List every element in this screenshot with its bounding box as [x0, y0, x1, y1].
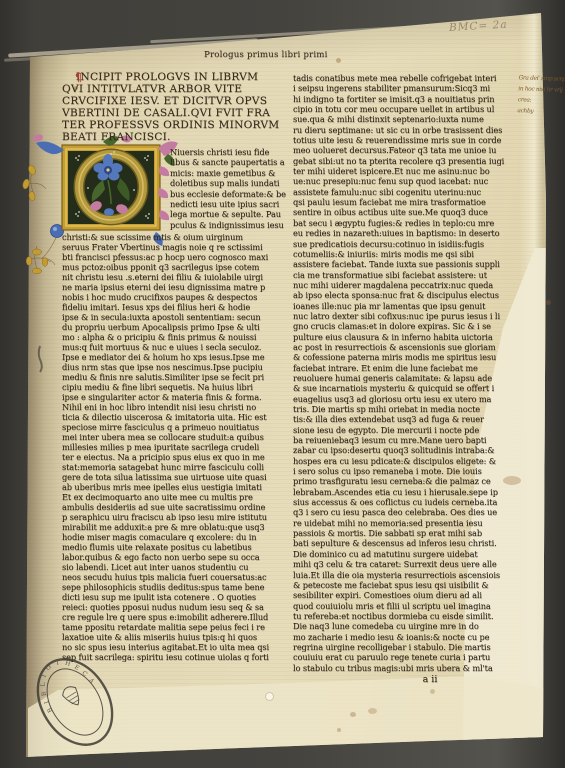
text-line: ab ipso electa sponsa:nuc frat & discipu…	[293, 290, 522, 300]
margin-sprig	[39, 346, 42, 372]
text-line: sio labendi. Licet aut inter uanos stude…	[62, 562, 291, 572]
text-line: ter mihi uideret ispicere.Et nuc me asin…	[293, 166, 522, 176]
text-line: seruus Frater Vbertinus magis noie q re …	[62, 242, 291, 252]
text-line: tadis conatibus mete mea rebelle cofrige…	[293, 73, 522, 83]
text-line: ter e eiectus. Na a pricipio spus eius e…	[62, 452, 291, 462]
text-line: millesies milies p mea ipuritate sacrile…	[62, 442, 291, 452]
foxing-spot	[337, 728, 341, 732]
text-column-left-indented: Niuersis christi iesu fidelibus & sancte…	[170, 147, 291, 230]
text-line: tis:& illa dies extendebat usq3 ad fuga …	[293, 414, 522, 424]
text-line: ambulis desideriis ad sue uite sacratiss…	[62, 502, 291, 512]
text-line: lo stabulo cu tribus magis:ubi mris uber…	[293, 663, 522, 673]
margin-flourish	[27, 166, 57, 270]
text-line: i seipsu ingerens stabiliter pmansurum:S…	[293, 83, 522, 93]
text-line: zabar cu ipso:desertu quoq3 solitudinis …	[293, 445, 522, 455]
text-line: sue.qua & mihi distinxit septenario:iuxt…	[293, 114, 522, 124]
text-line: reuoluere humai generis calamitate: & la…	[293, 373, 522, 383]
text-line: luia.Et illa die oia mysteria resurrecti…	[293, 570, 522, 580]
text-line: tris. Die martis sp mihi oriebat in medi…	[293, 404, 522, 414]
text-line: faciebat intrare. Et enim die lune facie…	[293, 363, 522, 373]
text-line: christi:& sue scissime mtis & oium uirgi…	[62, 232, 291, 242]
text-line: nedicti iesu uite ipius sacri	[170, 199, 291, 209]
text-line: quod couiuiolu mris et filii ul scriptu …	[293, 601, 522, 611]
text-line: regrina uirgine recolligebar i stabulo. …	[293, 642, 522, 652]
foxing-spot	[265, 692, 274, 701]
heading-line: QVI INTITVLATVR ARBOR VITE	[62, 83, 292, 95]
text-line: dicti iesu sup me ipulit ista cotenere .…	[62, 592, 291, 602]
text-line: Ipse e mediator dei & hoium ho xps iesus…	[62, 352, 291, 362]
text-line: nit christu iesu .s.eterni dei filiu & i…	[62, 272, 291, 282]
text-line: Die naq3 lune comedeba cu uirgine mre in…	[293, 621, 522, 631]
text-line: stat:memoria satagebat hunc mirre fascic…	[62, 462, 291, 472]
text-line: dius nrm stas que ipse nos nescimus.Ipse…	[62, 362, 291, 372]
text-line: medio flumis uite relaxate positus cu la…	[62, 542, 291, 552]
text-line: mus:q fuit mortuus & nuc e uiues i secla…	[62, 342, 291, 352]
text-line: tu refereba:et noctibus dormieba cu eisd…	[293, 611, 522, 621]
heading-line: VBERTINI DE CASALI.QVI FVIT FRA	[62, 107, 292, 119]
text-line: nuc latro dexter sibi cofixus:nuc ipe pu…	[293, 311, 522, 321]
text-line: mus pctoz:oibus pponit q3 sacrilegus ips…	[62, 262, 291, 272]
text-line: Et ex decimoquarto ano uite mee cu multi…	[62, 492, 291, 502]
text-line: cipio in totu cor meu occupare uellet in…	[293, 104, 522, 114]
heading-line: BEATI FRANCISCI.	[62, 131, 292, 143]
text-line: fideliu imitari. Iesus xps dei filius he…	[62, 302, 291, 312]
text-line: ac post in resurrectiois & ascensionis s…	[293, 342, 522, 352]
text-line: assistere faciebat. Tande iuxta sue pass…	[293, 259, 522, 269]
foxing-spot	[350, 712, 356, 717]
bead-highlight	[53, 227, 57, 231]
text-line: ipse & in secula:iuxta apostoli sententi…	[62, 312, 291, 322]
text-line: & sue incarnatiois mysteriu & quicquid s…	[293, 383, 522, 393]
text-line: sepe philosophicis studiis deditus:spus …	[62, 582, 291, 592]
text-line: labor.quibus & ego facto non uerbo sepe …	[62, 552, 291, 562]
text-line: mediu & finis nre salutis.Similiter ipse…	[62, 372, 291, 382]
foxing-spot	[368, 708, 377, 714]
margin-note: Gra dei' smp scrp=in hoc nisi hr vrijcre…	[517, 73, 565, 119]
text-column-left: christi:& sue scissime mtis & oium uirgi…	[62, 232, 291, 662]
text-line: cre regule lre q uere spus e:imobilit ad…	[62, 612, 291, 622]
text-line: sentire in oibus actibus uite sue.Me quo…	[293, 207, 522, 217]
text-column-right: tadis conatibus mete mea rebelle cofrige…	[293, 73, 522, 673]
text-line: mo zacharie i medio iesu & ioanis:& noct…	[293, 632, 522, 642]
text-line: & cofessione paterna miris modis me spir…	[293, 352, 522, 362]
text-line: euagelius usq3 ad gloriosu ortu iesu ex …	[293, 394, 522, 404]
text-line: Die dominico cu ad matutinu surgere uide…	[293, 549, 522, 559]
photo-background: Prologus primus libri primi BMC= 2a Gra …	[0, 0, 565, 768]
text-line: doletibus sup malis iundati	[170, 178, 291, 188]
text-line: p seraphicu uiru fraciscu ab ipso iesu m…	[62, 512, 291, 522]
text-line: hi indigno ta fortiter se imisit.q3 a no…	[293, 94, 522, 104]
text-line: mirabilit me adduxit:a pre & mre oblatu:…	[62, 522, 291, 532]
text-line: & petecoste me faciebat spus iesu qsi ui…	[293, 580, 522, 590]
library-stamp: B I B L I O T H E C A	[18, 640, 133, 765]
text-line: pculus & indignissimus iesu	[170, 220, 291, 230]
pilcrow-mark: ¶	[75, 71, 82, 84]
text-line: pulture eius clausura & in inferno habit…	[293, 332, 522, 342]
text-line: sue predicatiois decursu:cotinuo in isid…	[293, 239, 522, 249]
text-line: mo : alpha & o pricipiu & finis primus &…	[62, 332, 291, 342]
text-line: cia me transformatiue sibi faciebat assi…	[293, 270, 522, 280]
text-line: lega mortue & sepulte. Pau	[170, 209, 291, 219]
foxing-spot	[546, 300, 551, 305]
text-line: sione iesu de egypto. Die mercurii i noc…	[293, 425, 522, 435]
foxing-spot	[430, 689, 435, 694]
text-line: ne maria ipsius eterni dei iesu dignissi…	[62, 282, 291, 292]
text-line: bat secu i ægyptu fugies:& redies in tep…	[293, 218, 522, 228]
text-line: cipiu mediu & fine libri sequetis. Na hu…	[62, 382, 291, 392]
text-line: speciose mirre fasciculus q a primeuo no…	[62, 422, 291, 432]
text-line: primo trasfiguratu iesu cerneba:& die pa…	[293, 476, 522, 486]
text-line: eu redies in nazareth:uiues in baptismo:…	[293, 228, 522, 238]
incipit-heading: INCIPIT PROLOGVS IN LIBRVMQVI INTITVLATV…	[62, 71, 292, 143]
text-line: passiois & mortis. Die sabbati sp erat m…	[293, 528, 522, 538]
text-line: Niuersis christi iesu fide	[170, 147, 291, 157]
heading-line: CRVCIFIXE IESV. ET DICITVR OPVS	[62, 95, 292, 107]
text-line: meo uolueret decursus.Fateor q3 tata me …	[293, 145, 522, 155]
text-line: totius uite iesu & reuerendissime mris s…	[293, 135, 522, 145]
stamp-rim-text: B I B L I O T H E C A	[25, 647, 97, 715]
heading-line: TER PROFESSVS ORDINIS MINORVM	[62, 119, 292, 131]
text-line: ioanes ille:nuc pia mr lamentas que ipsu…	[293, 301, 522, 311]
text-line: libus & sancte paupertatis a	[170, 157, 291, 167]
text-line: ipse e singulariter actor & materia fini…	[62, 392, 291, 402]
text-line: i sero solus cu ipso remaneba i mote. Di…	[293, 466, 522, 476]
text-line: gebat sibi:ut no ta pterita recolere q3 …	[293, 156, 522, 166]
text-line: couiuiu erat cu paruulo rege tenete curi…	[293, 652, 522, 662]
signature-mark: a ii	[395, 674, 465, 685]
text-line: bati sepulture & descensus ad inferos ie…	[293, 538, 522, 548]
text-line: ba reiueniebaq3 iesum cu mre.Mane uero b…	[293, 435, 522, 445]
text-line: mei inter ubera mea se collocare studuit…	[62, 432, 291, 442]
text-line: gno crucis clamas:et in dolore expiras. …	[293, 321, 522, 331]
text-line: lebrabam.Ascendes etia cu iesu i hierusa…	[293, 487, 522, 497]
text-line: sius accessus & oes coflictus cu iudeis …	[293, 497, 522, 507]
text-line: hospes era cu iesu pdicate:& discipulos …	[293, 456, 522, 466]
text-line: nobis i hoc mudo crucifixos paupes & des…	[62, 292, 291, 302]
text-line: du propriu uerbum Apocalipsis primo Ipse…	[62, 322, 291, 332]
running-title: Prologus primus libri primi	[204, 50, 344, 60]
text-line: mihi q3 celu & tra cataret: Surrexit deu…	[293, 559, 522, 569]
text-line: bti francisci pfessus:ac p hocp uero cog…	[62, 252, 291, 262]
text-line: qsi paulu iesum faciebat me mira trasfor…	[293, 197, 522, 207]
text-line: ru dieru septimane: ut sic cu in orbe tr…	[293, 125, 522, 135]
text-line: hodie miser magis comaculare q excolere:…	[62, 532, 291, 542]
text-line: q3 i sero cu iesu pasca deo celebraba. O…	[293, 507, 522, 517]
text-line: neos secudu huius tpis malicia fueri cou…	[62, 572, 291, 582]
text-line: ab uberibus mris mee ipelles eius uestig…	[62, 482, 291, 492]
text-line: assistete famulu:nuc sibi cogenitu uteri…	[293, 187, 522, 197]
text-line: reieci: quoties pposui nudus nudum iesu …	[62, 602, 291, 612]
margin-note-line: achby	[517, 106, 563, 119]
text-line: micis: maxie gemetibus &	[170, 168, 291, 178]
text-line: gere de tota silua latissima sue uirtuos…	[62, 472, 291, 482]
text-line: Nihil eni in hoc libro intendit nisi ies…	[62, 402, 291, 412]
text-line: re uidebat mihi no memoria:sed presentia…	[293, 518, 522, 528]
text-line: nuc mihi uiderer magdalena peccatrix:nuc…	[293, 280, 522, 290]
text-line: ticia & dilectio uiscerosa & imitatoria …	[62, 412, 291, 422]
svg-text:B I B L I O T H E C A: B I B L I O T H E C A	[25, 647, 97, 715]
text-line: sesibiliter expiri. Comestioes oium dier…	[293, 590, 522, 600]
text-line: tame ppositu retardate malitia sepe peiu…	[62, 622, 291, 632]
text-line: cotumeliis:& iniuriis: miris modis me qs…	[293, 249, 522, 259]
text-line: bus ecclesie deformate:& be	[170, 189, 291, 199]
text-line: ue:nuc presepiu:nuc fenu sup quod iaceba…	[293, 176, 522, 186]
heading-line: INCIPIT PROLOGVS IN LIBRVM	[62, 71, 306, 83]
